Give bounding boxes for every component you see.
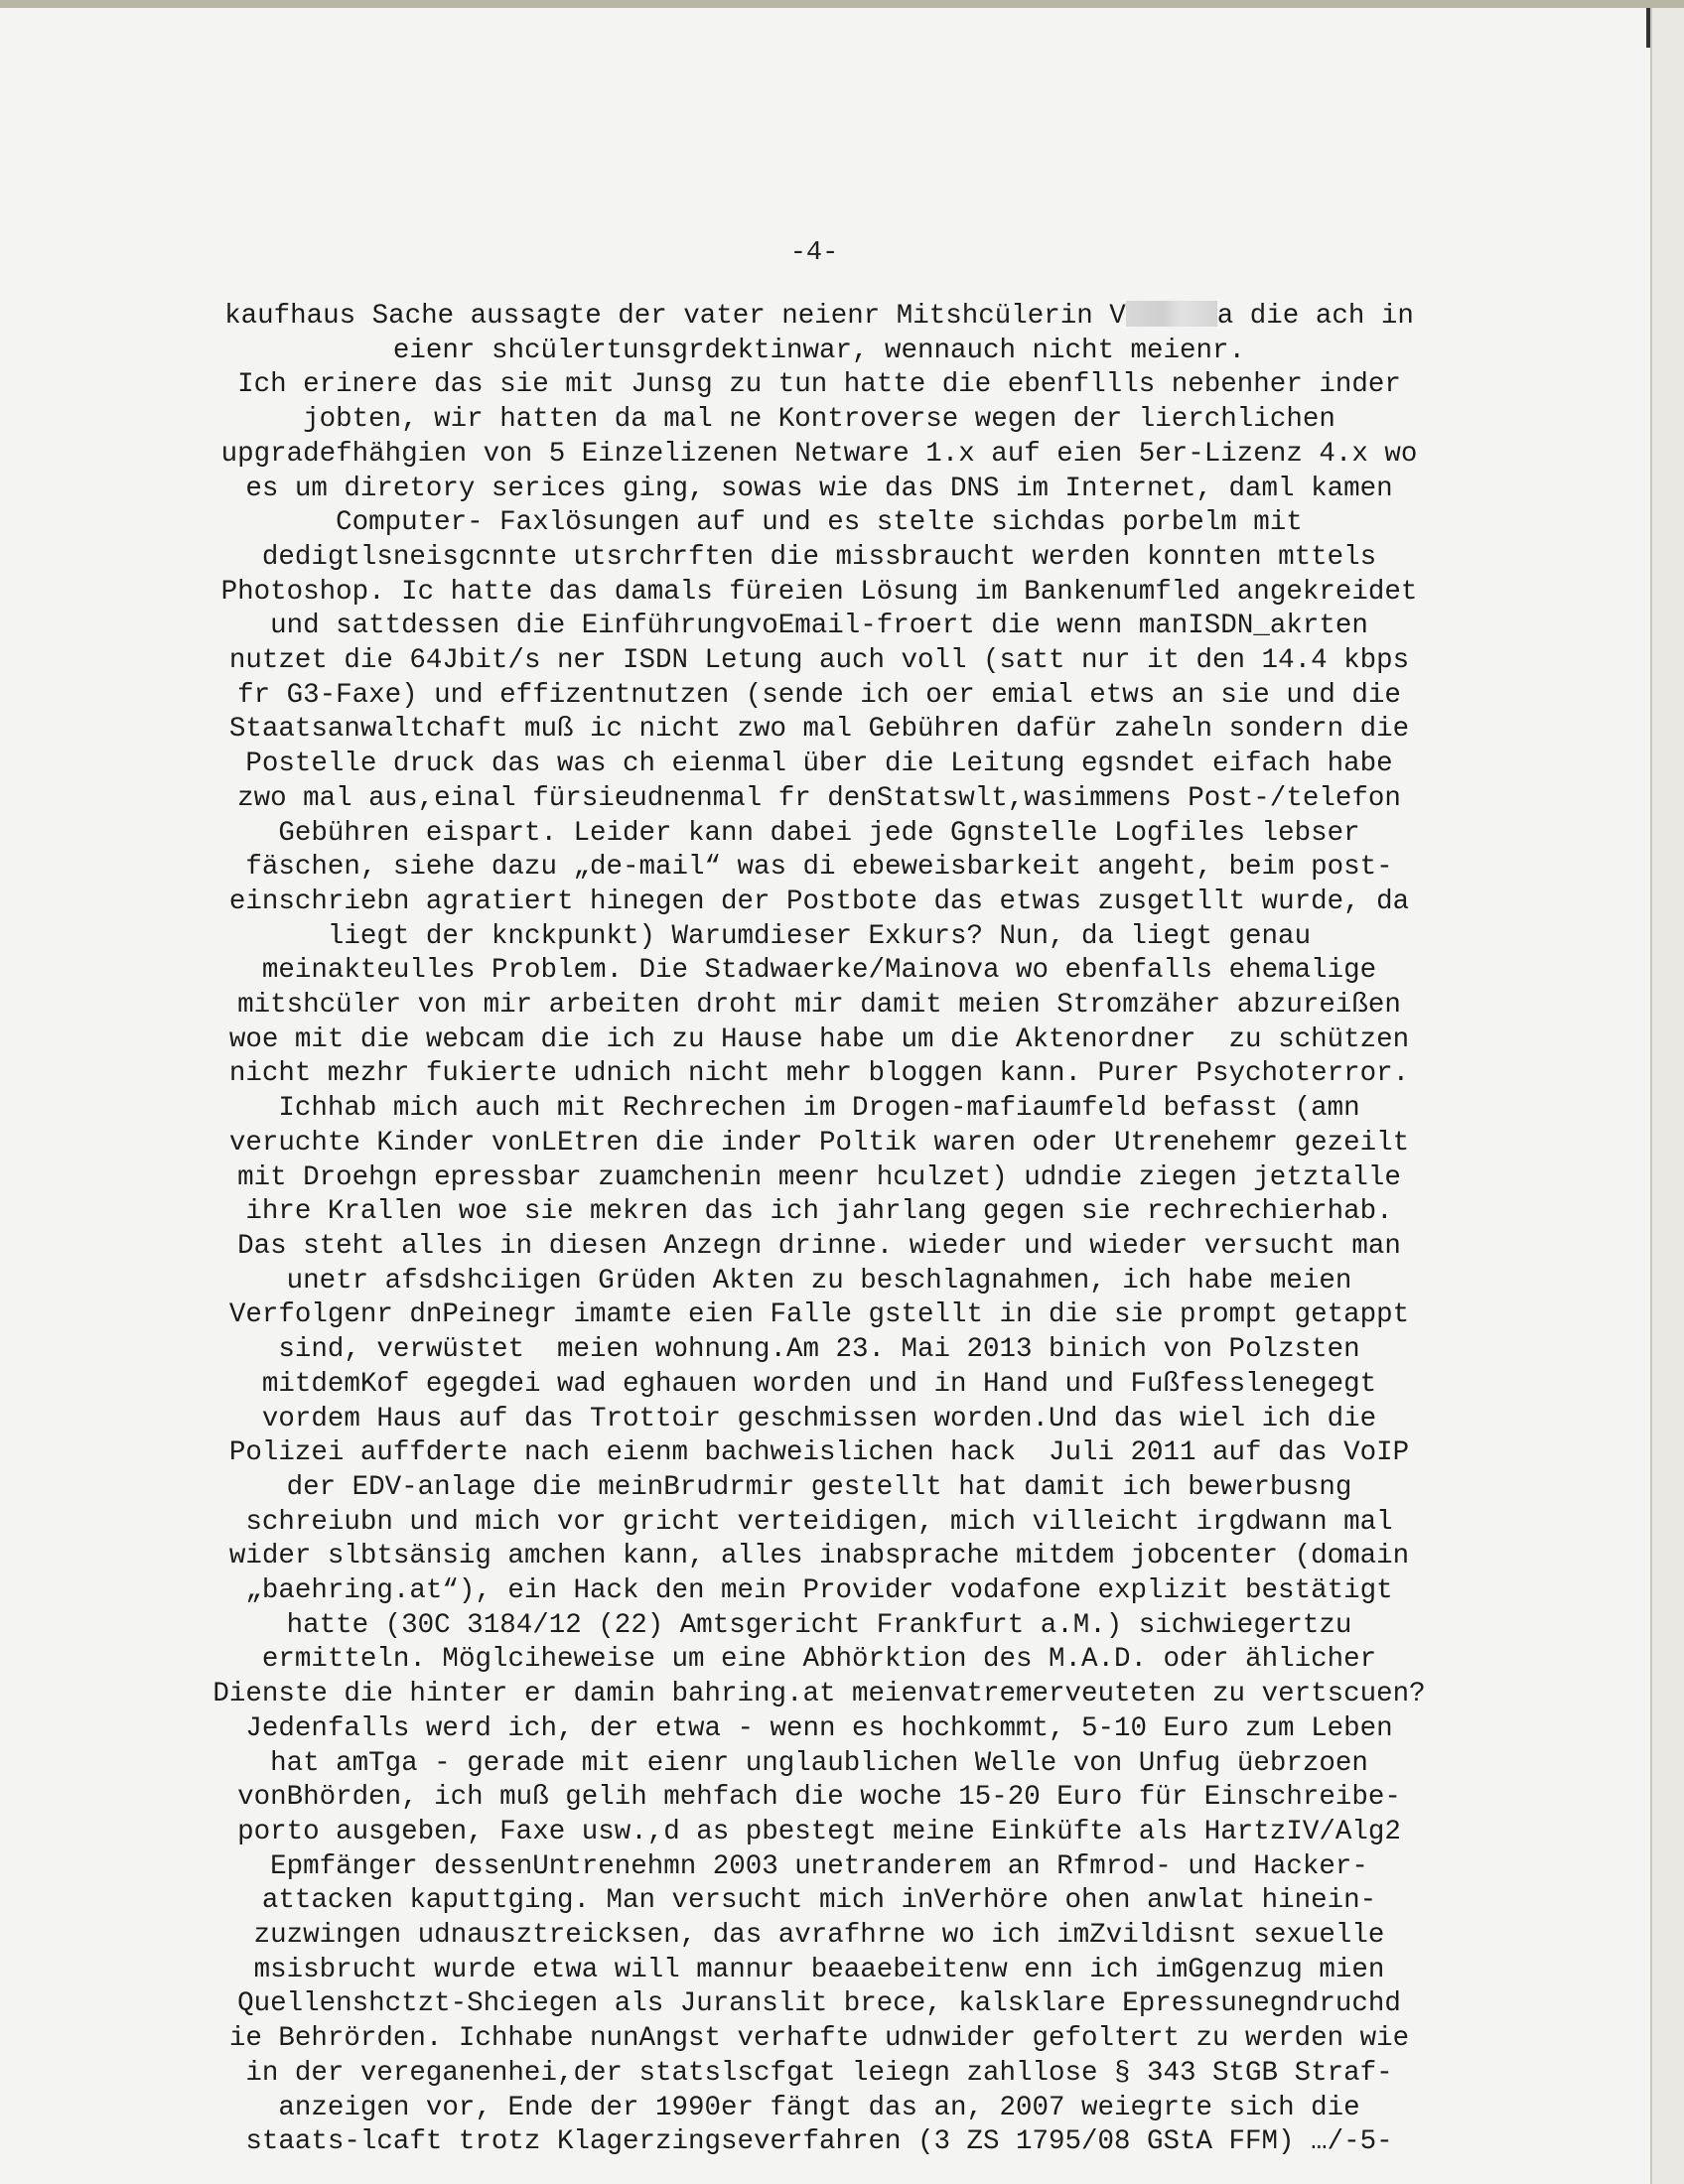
text-line: „baehring.at“), ein Hack den mein Provid… [149, 1574, 1489, 1609]
text-line: fäschen, siehe dazu „de-mail“ was di ebe… [149, 851, 1489, 886]
text-line: wider slbtsänsig amchen kann, alles inab… [149, 1540, 1489, 1574]
text-line: Epmfänger dessenUntrenehmn 2003 unetrand… [149, 1850, 1489, 1885]
text-line: anzeigen vor, Ende der 1990er fängt das … [149, 2092, 1489, 2126]
text-line: Polizei auffderte nach eienm bachweislic… [149, 1436, 1489, 1471]
text-line: der EDV-anlage die meinBrudrmir gestellt… [149, 1471, 1489, 1506]
text-line: Staatsanwaltchaft muß ic nicht zwo mal G… [149, 713, 1489, 748]
text-line: zuzwingen udnausztreicksen, das avrafhrn… [149, 1919, 1489, 1954]
text-line: Computer- Faxlösungen auf und es stelte … [149, 506, 1489, 541]
text-line: meinakteulles Problem. Die Stadwaerke/Ma… [149, 954, 1489, 989]
text-line: vordem Haus auf das Trottoir geschmissen… [149, 1403, 1489, 1437]
text-line: liegt der knckpunkt) Warumdieser Exkurs?… [149, 920, 1489, 955]
letter-body: kaufhaus Sache aussagte der vater neienr… [149, 300, 1489, 2160]
text-line: einschriebn agratiert hinegen der Postbo… [149, 886, 1489, 920]
text-line: mit Droehgn epressbar zuamchenin meenr h… [149, 1161, 1489, 1196]
text-line: Dienste die hinter er damin bahring.at m… [149, 1678, 1489, 1712]
text-line: ermitteln. Möglciheweise um eine Abhörkt… [149, 1643, 1489, 1678]
text-line: mitdemKof egegdei wad eghauen worden und… [149, 1368, 1489, 1403]
text-line: dedigtlsneisgcnnte utsrchrften die missb… [149, 541, 1489, 576]
text-line: in der vereganenhei,der statslscfgat lei… [149, 2057, 1489, 2092]
text-line: Ichhab mich auch mit Rechrechen im Droge… [149, 1092, 1489, 1127]
text-line: attacken kaputtging. Man versucht mich i… [149, 1884, 1489, 1919]
text-line: nicht mezhr fukierte udnich nicht mehr b… [149, 1057, 1489, 1092]
text-line: msisbrucht wurde etwa will mannur beaaeb… [149, 1954, 1489, 1988]
scan-top-edge [0, 0, 1684, 8]
text-line: nutzet die 64Jbit/s ner ISDN Letung auch… [149, 644, 1489, 679]
text-line: staats-lcaft trotz Klagerzingseverfahren… [149, 2125, 1489, 2160]
text-line: und sattdessen die EinführungvoEmail-fro… [149, 610, 1489, 644]
text-line: Das steht alles in diesen Anzegn drinne.… [149, 1230, 1489, 1265]
text-line: fr G3-Faxe) und effizentnutzen (sende ic… [149, 679, 1489, 714]
text-line: Quellenshctzt-Shciegen als Juranslit bre… [149, 1987, 1489, 2022]
page-number: -4- [0, 238, 1628, 268]
text-line: vonBhörden, ich muß gelih mehfach die wo… [149, 1781, 1489, 1816]
text-line: eienr shcülertunsgrdektinwar, wennauch n… [149, 335, 1489, 369]
text-line: Photoshop. Ic hatte das damals füreien L… [149, 576, 1489, 611]
text-line: Ich erinere das sie mit Junsg zu tun hat… [149, 368, 1489, 403]
text-line: kaufhaus Sache aussagte der vater neienr… [149, 300, 1489, 335]
text-line: woe mit die webcam die ich zu Hause habe… [149, 1024, 1489, 1058]
text-line: Jedenfalls werd ich, der etwa - wenn es … [149, 1712, 1489, 1747]
text-line: Verfolgenr dnPeinegr imamte eien Falle g… [149, 1298, 1489, 1333]
text-line: schreiubn und mich vor gricht verteidige… [149, 1506, 1489, 1541]
text-line: ihre Krallen woe sie mekren das ich jahr… [149, 1195, 1489, 1230]
text-line: hat amTga - gerade mit eienr unglaublich… [149, 1747, 1489, 1782]
text-line: ie Behrörden. Ichhabe nunAngst verhafte … [149, 2022, 1489, 2057]
text-line: Postelle druck das was ch eienmal über d… [149, 748, 1489, 782]
text-line: Gebühren eispart. Leider kann dabei jede… [149, 817, 1489, 852]
text-line: upgradefhähgien von 5 Einzelizenen Netwa… [149, 438, 1489, 473]
text-line: sind, verwüstet meien wohnung.Am 23. Mai… [149, 1333, 1489, 1368]
text-line: veruchte Kinder vonLEtren die inder Polt… [149, 1127, 1489, 1161]
text-line: unetr afsdshciigen Grüden Akten zu besch… [149, 1265, 1489, 1299]
scan-right-strip [1650, 8, 1684, 2184]
text-line: porto ausgeben, Faxe usw.,d as pbestegt … [149, 1816, 1489, 1850]
text-line: es um diretory serices ging, sowas wie d… [149, 473, 1489, 507]
redacted-name [1126, 301, 1217, 327]
text-line: hatte (30C 3184/12 (22) Amtsgericht Fran… [149, 1609, 1489, 1644]
text-line: zwo mal aus,einal fürsieudnenmal fr denS… [149, 782, 1489, 817]
text-line: jobten, wir hatten da mal ne Kontroverse… [149, 403, 1489, 438]
text-line: mitshcüler von mir arbeiten droht mir da… [149, 989, 1489, 1024]
